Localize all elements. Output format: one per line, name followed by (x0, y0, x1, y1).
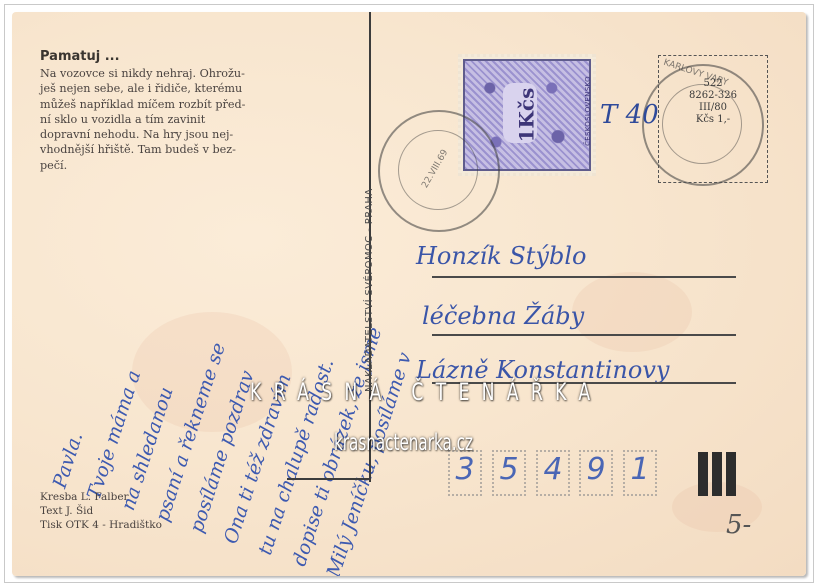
indicia-text: 522 8262-326 III/80 Kčs 1,- (659, 78, 767, 126)
notice-line: ješ nejen sebe, ale i řidiče, kterému (40, 81, 360, 96)
zip-digit: 4 (536, 452, 570, 487)
watermark-url: krasnactenarka.cz (334, 430, 473, 456)
notice-line: vhodnější hřiště. Tam budeš v bez- (40, 142, 360, 157)
notice-body: Na vozovce si nikdy nehraj. Ohrožu- ješ … (40, 66, 360, 173)
price-note: 5- (726, 510, 751, 540)
paper-stain (572, 272, 692, 352)
zip-digit: 3 (448, 452, 482, 487)
notice-line: dopravní nehodu. Na hry jsou nej- (40, 127, 360, 142)
address-rule (432, 334, 736, 336)
indicia-line: 522 (659, 78, 767, 90)
notice-line: můžeš například míčem rozbít před- (40, 97, 360, 112)
credits: Kresba L. Falber Text J. Šid Tisk OTK 4 … (40, 490, 162, 532)
credit-line: Tisk OTK 4 - Hradištko (40, 518, 162, 532)
sorting-bar (726, 452, 736, 496)
postage-due-mark: T 40 (600, 100, 659, 130)
notice-line: ní sklo u vozidla a tím zavinit (40, 112, 360, 127)
address-line-facility: léčebna Žáby (422, 302, 584, 330)
zip-digit: 5 (492, 452, 526, 487)
credit-line: Kresba L. Falber (40, 490, 162, 504)
bottom-divider (287, 478, 371, 480)
postcard: Pamatuj ... Na vozovce si nikdy nehraj. … (12, 12, 806, 576)
sorting-bar (712, 452, 722, 496)
publisher-imprint: NAKLADATELSTVÍ SVÉPOMOC - PRAHA (364, 188, 375, 392)
stamp-country: ČESKOSLOVENSKO (584, 76, 592, 146)
credit-line: Text J. Šid (40, 504, 162, 518)
zip-digit: 1 (623, 452, 657, 487)
notice-title: Pamatuj ... (40, 49, 120, 64)
postmark-left: 22.VIII.69 (378, 110, 500, 232)
indicia-line: III/80 (659, 102, 767, 114)
indicia-line: 8262-326 (659, 90, 767, 102)
notice-line: pečí. (40, 158, 360, 173)
indicia-box: 522 8262-326 III/80 Kčs 1,- (658, 55, 768, 183)
address-rule (432, 276, 736, 278)
notice-line: Na vozovce si nikdy nehraj. Ohrožu- (40, 66, 360, 81)
zip-digit: 9 (579, 452, 613, 487)
indicia-line: Kčs 1,- (659, 114, 767, 126)
watermark-title: KRÁSNÁ ČTENÁŘKA (250, 378, 602, 406)
sorting-bar (698, 452, 708, 496)
stamp-value: 1Kčs (514, 88, 538, 143)
address-line-name: Honzík Stýblo (416, 242, 586, 270)
